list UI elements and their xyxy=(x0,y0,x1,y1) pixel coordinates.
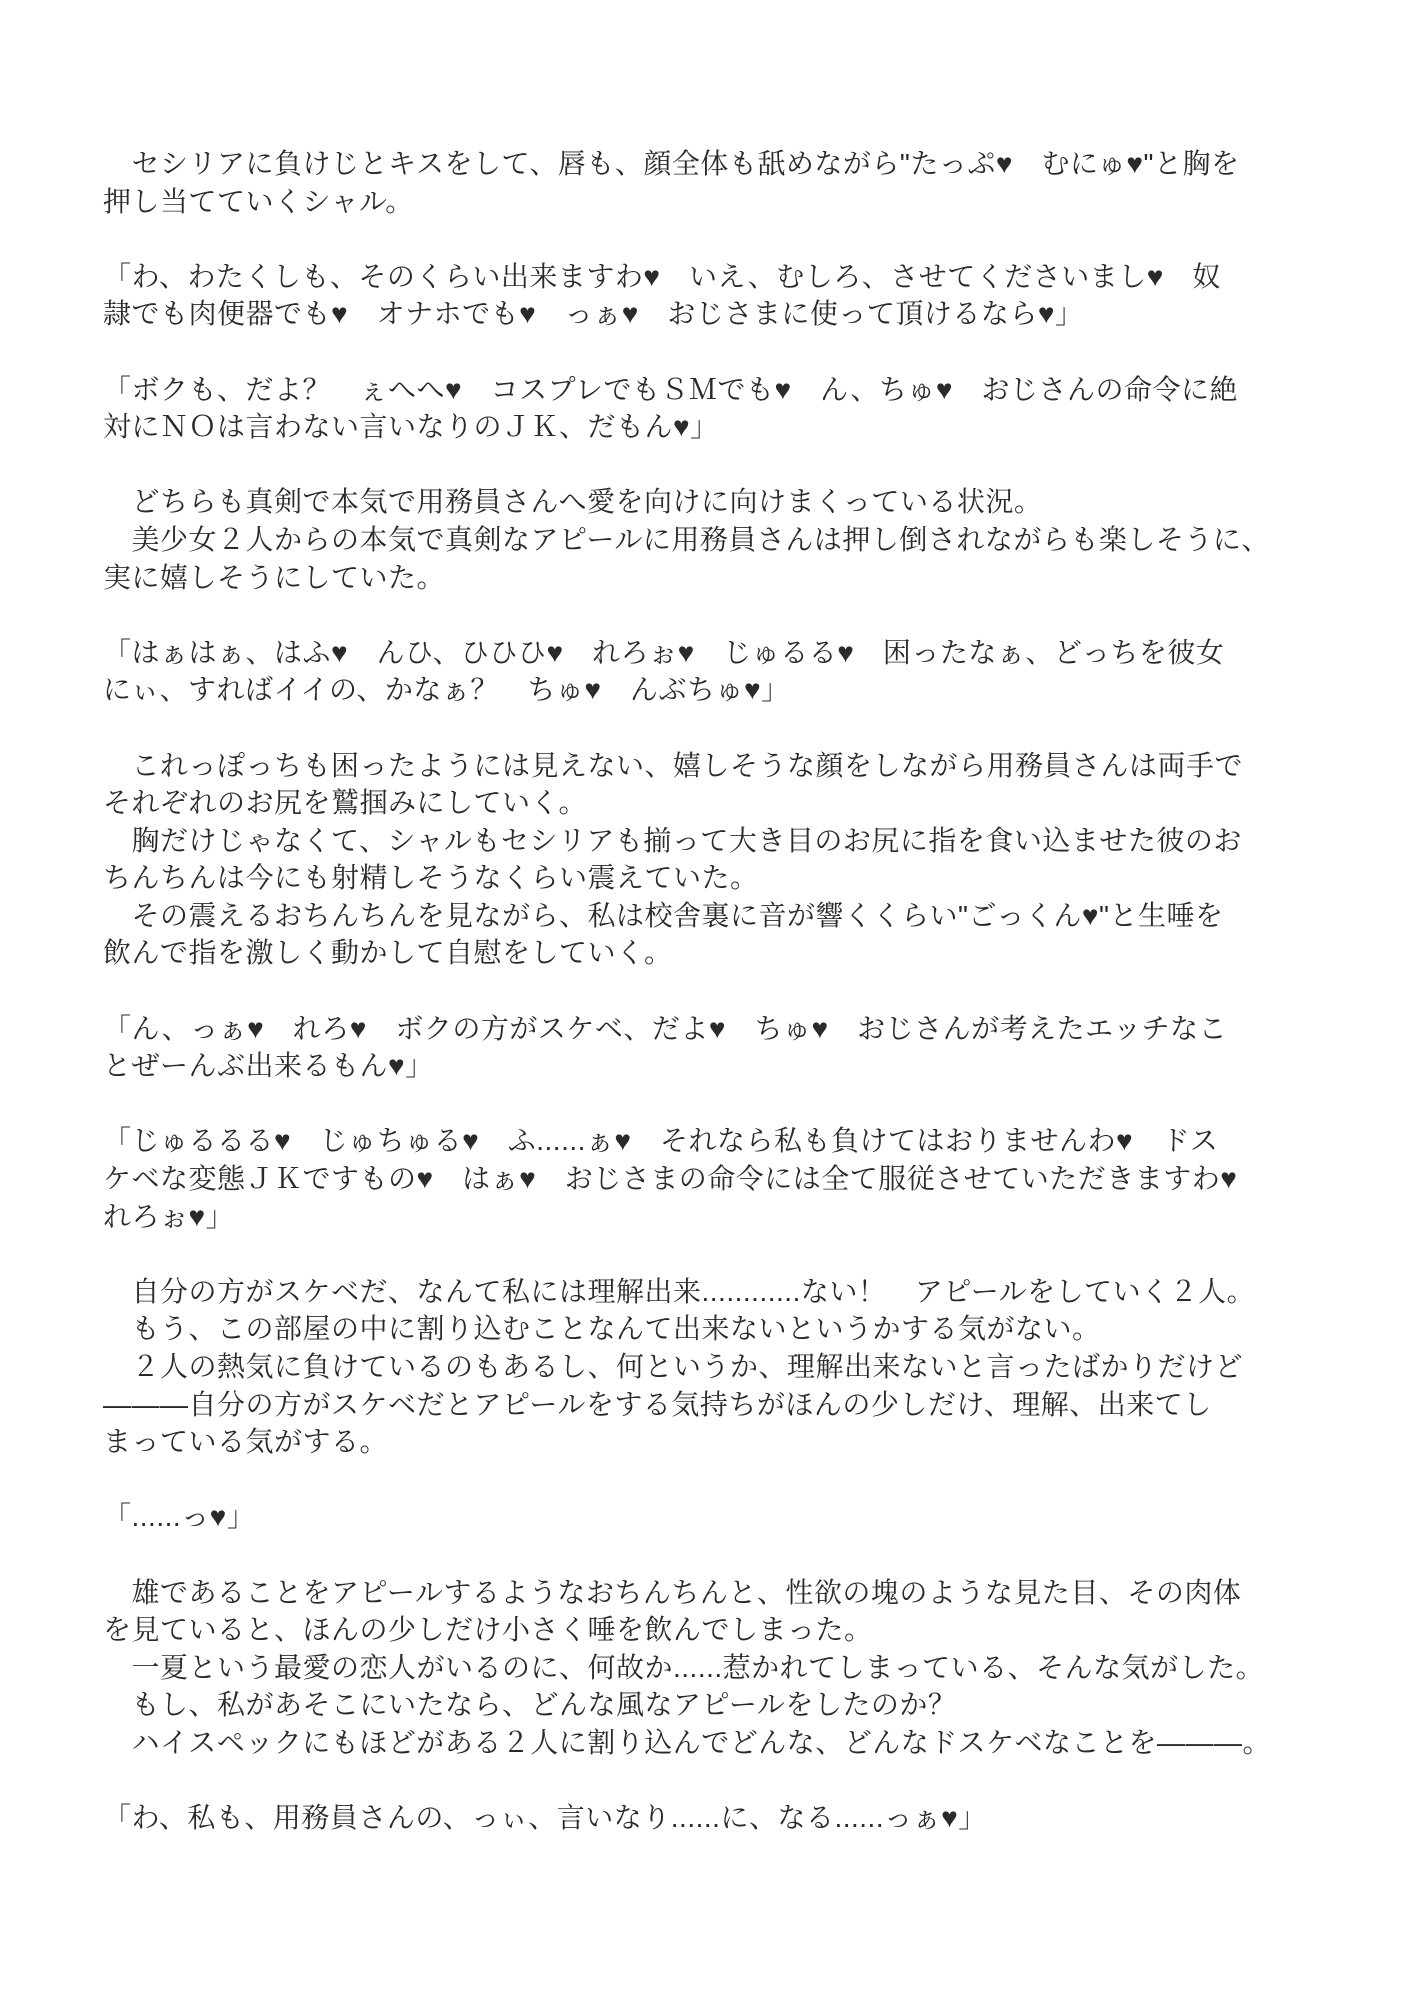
story-paragraph: 「わ、わたくしも、そのくらい出来ますわ♥ いえ、むしろ、させてくださいまし♥ 奴… xyxy=(103,258,1315,333)
story-paragraph: セシリアに負けじとキスをして、唇も、顔全体も舐めながら"たっぷ♥ むにゅ♥"と胸… xyxy=(103,145,1315,220)
story-paragraph: 自分の方がスケベだ、なんて私には理解出来............ない！ アピール… xyxy=(103,1273,1315,1461)
story-paragraph: 「ん、っぁ♥ れろ♥ ボクの方がスケベ、だよ♥ ちゅ♥ おじさんが考えたエッチな… xyxy=(103,1010,1315,1085)
novel-page: セシリアに負けじとキスをして、唇も、顔全体も舐めながら"たっぷ♥ むにゅ♥"と胸… xyxy=(0,0,1414,2000)
story-paragraph: 「じゅるるる♥ じゅちゅる♥ ふ......ぁ♥ それなら私も負けてはおりません… xyxy=(103,1122,1315,1235)
story-paragraph: これっぽっちも困ったようには見えない、嬉しそうな顔をしながら用務員さんは両手で … xyxy=(103,747,1315,973)
story-paragraph: 「......っ♥」 xyxy=(103,1498,1315,1536)
story-paragraph: 「ボクも、だよ？ ぇへへ♥ コスプレでもＳＭでも♥ ん、ちゅ♥ おじさんの命令に… xyxy=(103,371,1315,446)
story-paragraph: どちらも真剣で本気で用務員さんへ愛を向けに向けまくっている状況。 美少女２人から… xyxy=(103,483,1315,596)
story-text-block: セシリアに負けじとキスをして、唇も、顔全体も舐めながら"たっぷ♥ むにゅ♥"と胸… xyxy=(103,145,1315,1837)
story-paragraph: 「わ、私も、用務員さんの、っぃ、言いなり......に、なる......っぁ♥」 xyxy=(103,1799,1315,1837)
story-paragraph: 雄であることをアピールするようなおちんちんと、性欲の塊のような見た目、その肉体 … xyxy=(103,1574,1315,1762)
story-paragraph: 「はぁはぁ、はふ♥ んひ、ひひひ♥ れろぉ♥ じゅるる♥ 困ったなぁ、どっちを彼… xyxy=(103,634,1315,709)
